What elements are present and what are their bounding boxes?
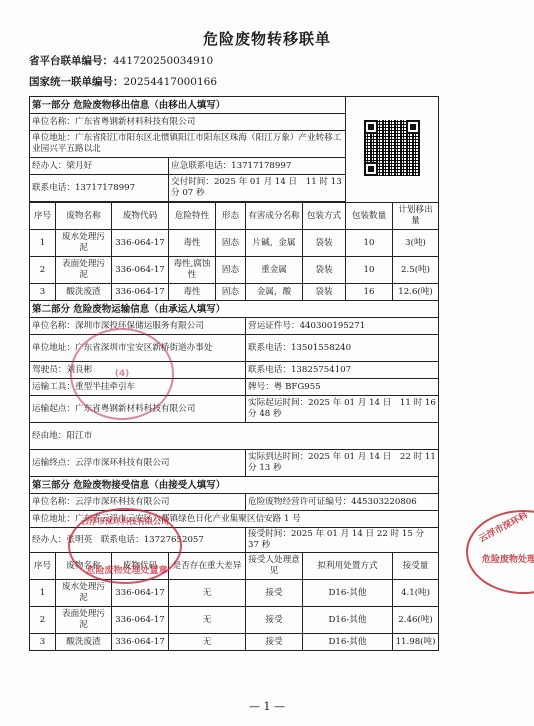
table-row: 2表面处理污泥336-064-17无接受D16-其他2.46(吨): [30, 607, 439, 634]
part2-vehicle: 运输工具：重型半挂牵引车: [30, 379, 246, 396]
cell: 酸洗废渣: [56, 284, 112, 301]
cell: 11.98(吨): [393, 634, 439, 651]
part1-unit-address: 单位地址：广东省阳江市阳东区北惯镇阳江市阳东区珠海（阳江万象）产业转移工业园兴平…: [30, 131, 346, 158]
document-title: 危险废物转移联单: [0, 28, 534, 49]
cell: 废水处理污泥: [56, 580, 112, 607]
part2-phone1: 联系电话：13501558240: [246, 335, 439, 362]
cell: 接受: [246, 634, 303, 651]
part3-table-header: 序号 废物名称 废物代码 是否存在重大差异 接受人处理意见 拟利用处置方式 接受…: [30, 553, 439, 580]
cell: 336-064-17: [112, 230, 169, 257]
cell: D16-其他: [303, 607, 393, 634]
cell: 固态: [216, 257, 246, 284]
table-row: 3酸洗废渣336-064-17毒性固态金属，酸袋装1612.6(吨): [30, 284, 439, 301]
table-row: 1废水处理污泥336-064-17毒性固态片碱，金属袋装103(吨): [30, 230, 439, 257]
header-cell: 废物名称: [56, 553, 112, 580]
cell: 2.5(吨): [393, 257, 439, 284]
cell: 3: [30, 634, 56, 651]
cell: 接受: [246, 607, 303, 634]
part2-destination: 运输终点：云浮市深环科技有限公司: [30, 450, 246, 477]
cell: D16-其他: [303, 580, 393, 607]
part2-origin: 运输起点：广东省粤钢新材料科技有限公司: [30, 396, 246, 423]
cell: 336-064-17: [112, 284, 169, 301]
cell: 3(吨): [393, 230, 439, 257]
part1-handler: 经办人：梁月好: [30, 158, 169, 175]
part3-unit-name: 单位名称：云浮市深环科技有限公司: [30, 494, 246, 511]
qr-cell: [346, 97, 439, 203]
cell: 袋装: [303, 284, 346, 301]
header-cell: 接受量: [393, 553, 439, 580]
cell: 12.6(吨): [393, 284, 439, 301]
cell: 336-064-17: [112, 580, 169, 607]
cell: 毒性: [169, 230, 216, 257]
part3-heading: 第三部分 危险废物接受信息（由接受人填写）: [30, 477, 439, 494]
cell: 336-064-17: [112, 634, 169, 651]
header-cell: 废物名称: [56, 203, 112, 230]
cell: 表面处理污泥: [56, 257, 112, 284]
cell: 2: [30, 257, 56, 284]
provincial-label: 省平台联单编号：: [29, 55, 113, 67]
cell: 无: [169, 607, 246, 634]
header-cell: 包装数量: [346, 203, 393, 230]
header-cell: 接受人处理意见: [246, 553, 303, 580]
cell: 3: [30, 284, 56, 301]
cell: 10: [346, 257, 393, 284]
cell: 固态: [216, 284, 246, 301]
national-label: 国家统一联单编号：: [29, 76, 124, 88]
cell: 16: [346, 284, 393, 301]
cell: 片碱，金属: [246, 230, 303, 257]
header-cell: 废物代码: [112, 203, 169, 230]
side-stamp-icon: 云浮市深环科 危险废物处理: [466, 510, 534, 594]
cell: 1: [30, 580, 56, 607]
part3-unit-address: 单位地址：广东省云浮市云安区六都镇绿色日化产业集聚区信安路 1 号: [30, 511, 439, 528]
qr-code-icon: [364, 120, 420, 176]
part2-driver: 驾驶员：刘良彬: [30, 362, 246, 379]
side-stamp-top-text: 云浮市深环科: [476, 508, 530, 545]
page-number: — 1 —: [0, 700, 534, 713]
header-cell: 序号: [30, 553, 56, 580]
cell: 无: [169, 634, 246, 651]
cell: 固态: [216, 230, 246, 257]
header-cell: 危险特性: [169, 203, 216, 230]
cell: 4.1(吨): [393, 580, 439, 607]
part2-via: 经由地：阳江市: [30, 423, 439, 450]
table-row: 2表面处理污泥336-064-17毒性,腐蚀性固态重金属袋装102.5(吨): [30, 257, 439, 284]
national-value: 20254417000166: [124, 76, 218, 88]
header-cell: 有害成分名称: [246, 203, 303, 230]
manifest-table: 第一部分 危险废物移出信息（由移出人填写） 单位名称：广东省粤钢新材料科技有限公…: [29, 96, 439, 651]
part1-phone: 联系电话：13717178997: [30, 175, 169, 202]
part2-arrive-time: 实际到达时间：2025 年 01 月 14 日 22 时 11 分 13 秒: [246, 450, 439, 477]
header-cell: 形态: [216, 203, 246, 230]
cell: 酸洗废渣: [56, 634, 112, 651]
header-cell: 序号: [30, 203, 56, 230]
cell: 2: [30, 607, 56, 634]
part2-phone2: 联系电话：13825754107: [246, 362, 439, 379]
part2-license-no: 营运证件号：440300195271: [246, 318, 439, 335]
cell: 无: [169, 580, 246, 607]
side-stamp-bottom-text: 危险废物处理: [482, 552, 534, 565]
part1-unit-name: 单位名称：广东省粤钢新材料科技有限公司: [30, 114, 346, 131]
part1-table-header: 序号 废物名称 废物代码 危险特性 形态 有害成分名称 包装方式 包装数量 计划…: [30, 203, 439, 230]
part3-receive-time: 接受时间：2025 年 01 月 14 日 22 时 15 分 37 秒: [246, 528, 439, 553]
cell: 毒性: [169, 284, 216, 301]
table-row: 3酸洗废渣336-064-17无接受D16-其他11.98(吨): [30, 634, 439, 651]
cell: 接受: [246, 580, 303, 607]
part3-license-no: 危险废物经营许可证编号：445303220806: [246, 494, 439, 511]
cell: D16-其他: [303, 634, 393, 651]
provincial-value: 441720250034910: [113, 55, 213, 67]
header-cell: 是否存在重大差异: [169, 553, 246, 580]
cell: 毒性,腐蚀性: [169, 257, 216, 284]
part3-handler: 经办人：张明英 联系电话：13727652057: [30, 528, 246, 553]
cell: 336-064-17: [112, 607, 169, 634]
cell: 1: [30, 230, 56, 257]
cell: 袋装: [303, 230, 346, 257]
part2-unit-name: 单位名称：深圳市深投环保储运服务有限公司: [30, 318, 246, 335]
header-cell: 废物代码: [112, 553, 169, 580]
cell: 重金属: [246, 257, 303, 284]
part2-unit-address: 单位地址：广东省深圳市宝安区新桥街道办事处: [30, 335, 246, 362]
part2-plate: 牌号：粤 BFG955: [246, 379, 439, 396]
part1-emergency-phone: 应急联系电话：13717178997: [169, 158, 346, 175]
part1-heading: 第一部分 危险废物移出信息（由移出人填写）: [30, 97, 346, 114]
cell: 336-064-17: [112, 257, 169, 284]
header-cell: 拟利用处置方式: [303, 553, 393, 580]
provincial-manifest-number: 省平台联单编号：441720250034910: [29, 53, 213, 68]
cell: 袋装: [303, 257, 346, 284]
cell: 10: [346, 230, 393, 257]
part2-heading: 第二部分 危险废物运输信息（由承运人填写）: [30, 301, 439, 318]
cell: 表面处理污泥: [56, 607, 112, 634]
cell: 废水处理污泥: [56, 230, 112, 257]
part2-depart-time: 实际起运时间：2025 年 01 月 14 日 11 时 16 分 48 秒: [246, 396, 439, 423]
cell: 2.46(吨): [393, 607, 439, 634]
part1-handover-time: 交付时间：2025 年 01 月 14 日 11 时 13 分 07 秒: [169, 175, 346, 202]
header-cell: 计划移出量: [393, 203, 439, 230]
national-manifest-number: 国家统一联单编号：20254417000166: [29, 74, 217, 89]
table-row: 1废水处理污泥336-064-17无接受D16-其他4.1(吨): [30, 580, 439, 607]
header-cell: 包装方式: [303, 203, 346, 230]
cell: 金属，酸: [246, 284, 303, 301]
